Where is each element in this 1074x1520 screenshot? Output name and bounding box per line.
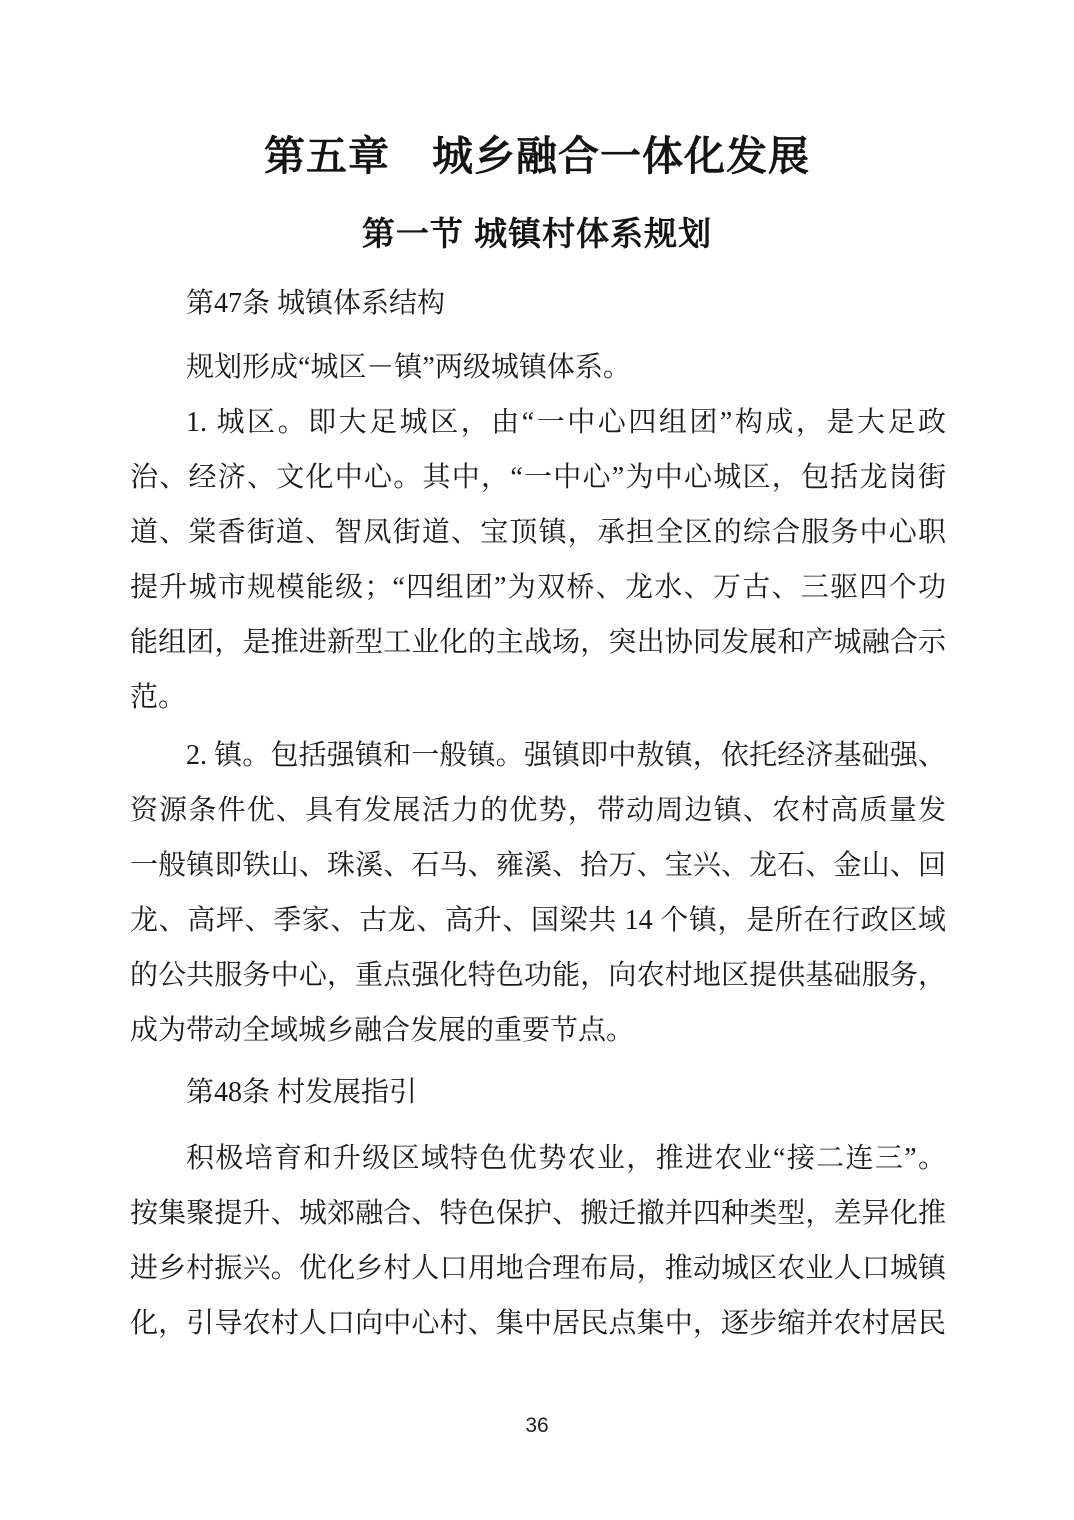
page-number: 36 bbox=[0, 1413, 1074, 1439]
article-48-heading: 第48条 村发展指引 bbox=[130, 1065, 946, 1120]
body-line: 2. 镇。包括强镇和一般镇。强镇即中敖镇，依托经济基础强、 bbox=[130, 728, 946, 783]
section-title: 第一节 城镇村体系规划 bbox=[0, 213, 1074, 255]
body-line: 道、棠香街道、智凤街道、宝顶镇，承担全区的综合服务中心职能， bbox=[130, 505, 946, 560]
article-47-heading: 第47条 城镇体系结构 bbox=[130, 276, 946, 331]
body-line: 龙、高坪、季家、古龙、高升、国梁共 14 个镇，是所在行政区域 bbox=[130, 893, 946, 948]
body-line: 规划形成“城区－镇”两级城镇体系。 bbox=[130, 340, 946, 395]
body-line: 1. 城区。即大足城区，由“一中心四组团”构成，是大足政 bbox=[130, 395, 946, 450]
body-line: 资源条件优、具有发展活力的优势，带动周边镇、农村高质量发展。 bbox=[130, 783, 946, 838]
body-line: 范。 bbox=[130, 670, 946, 725]
body-line: 提升城市规模能级；“四组团”为双桥、龙水、万古、三驱四个功 bbox=[130, 560, 946, 615]
document-page: 第五章 城乡融合一体化发展 第一节 城镇村体系规划 第47条 城镇体系结构 规划… bbox=[0, 0, 1074, 1520]
body-line: 能组团，是推进新型工业化的主战场，突出协同发展和产城融合示 bbox=[130, 615, 946, 670]
body-line: 按集聚提升、城郊融合、特色保护、搬迁撤并四种类型，差异化推 bbox=[130, 1186, 946, 1241]
body-line: 的公共服务中心，重点强化特色功能，向农村地区提供基础服务， bbox=[130, 948, 946, 1003]
body-line: 积极培育和升级区域特色优势农业，推进农业“接二连三”。 bbox=[130, 1131, 946, 1186]
body-line: 成为带动全域城乡融合发展的重要节点。 bbox=[130, 1003, 946, 1058]
body-line: 化，引导农村人口向中心村、集中居民点集中，逐步缩并农村居民 bbox=[130, 1296, 946, 1351]
chapter-title: 第五章 城乡融合一体化发展 bbox=[0, 131, 1074, 181]
body-line: 治、经济、文化中心。其中，“一中心”为中心城区，包括龙岗街 bbox=[130, 450, 946, 505]
body-text-block: 第47条 城镇体系结构 规划形成“城区－镇”两级城镇体系。 1. 城区。即大足城… bbox=[130, 276, 946, 1351]
body-line: 一般镇即铁山、珠溪、石马、雍溪、拾万、宝兴、龙石、金山、回 bbox=[130, 838, 946, 893]
body-line: 进乡村振兴。优化乡村人口用地合理布局，推动城区农业人口城镇 bbox=[130, 1241, 946, 1296]
